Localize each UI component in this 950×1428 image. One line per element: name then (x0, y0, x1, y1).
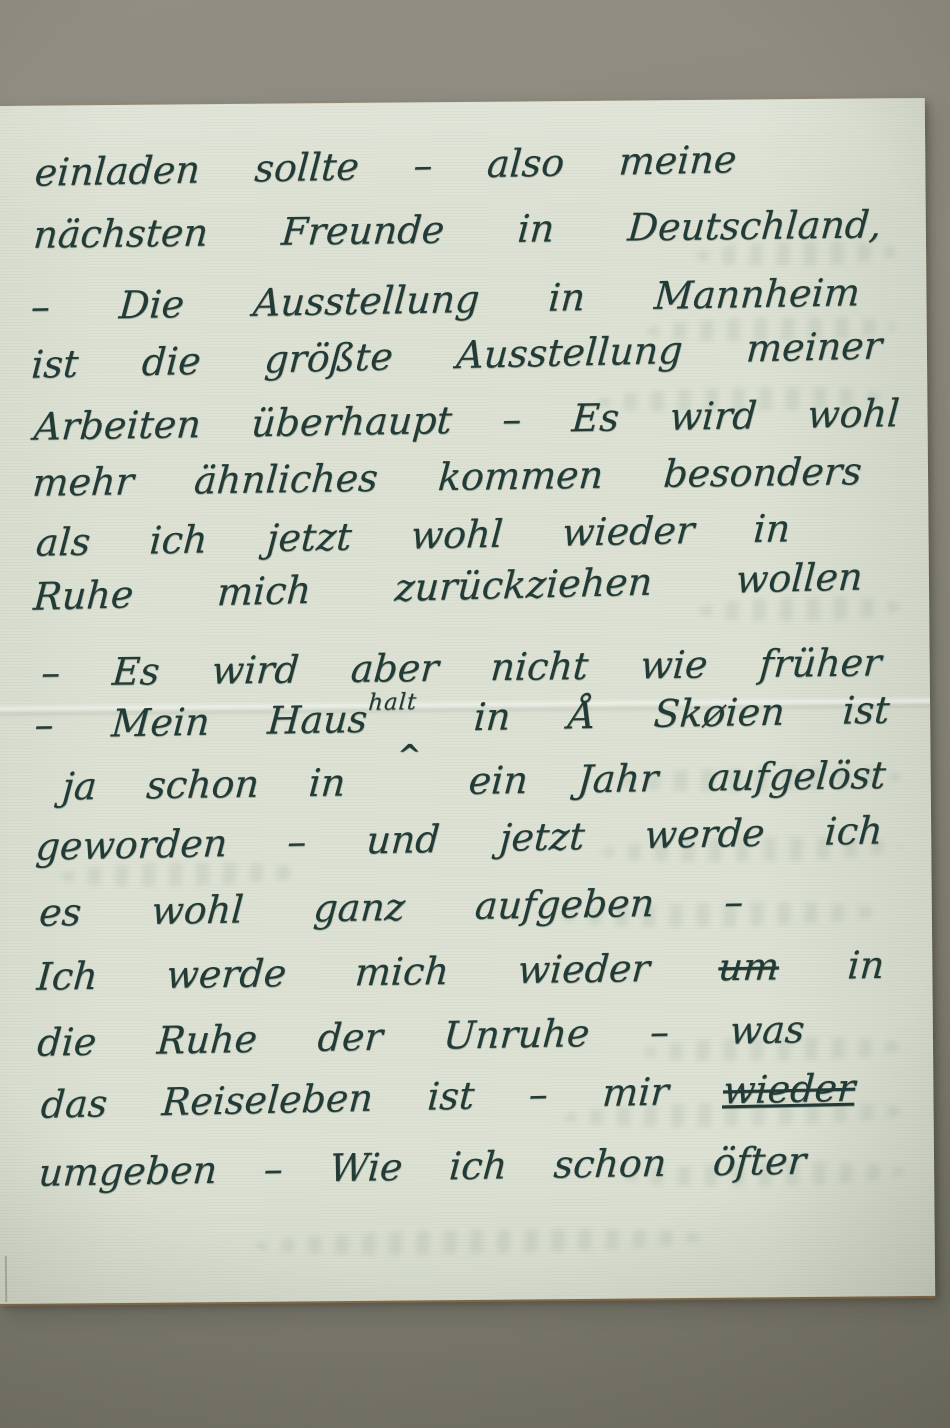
handwriting-text: ist die größte Ausstellung meiner (30, 323, 883, 386)
paper-sheet: einladen sollte – also meinenächsten Fre… (0, 98, 935, 1304)
handwriting-line: mehr ähnliches kommen besonders (31, 452, 863, 502)
ink-bleedthrough (255, 1226, 705, 1259)
handwriting-line: Arbeiten überhaupt – Es wird wohl (33, 394, 901, 446)
handwriting-text: mehr ähnliches kommen besonders (31, 449, 863, 505)
handwriting-line: – Die Ausstellung in Mannheim (30, 273, 862, 326)
handwriting-text: Ich werde mich wieder (35, 945, 720, 999)
handwriting-text: – Es wird aber nicht wie früher (40, 640, 883, 694)
handwriting-line: als ich jetzt wohl wieder in (35, 509, 792, 562)
handwriting-text: einladen sollte – also meine (33, 137, 738, 195)
letter-photograph: einladen sollte – also meinenächsten Fre… (0, 0, 950, 1428)
handwriting-text: in Å Skøien ist (414, 688, 891, 740)
inserted-word: halt (367, 689, 418, 716)
handwriting-line: geworden – und jetzt werde ich (34, 811, 884, 865)
handwriting-line: nächsten Freunde in Deutschland, (32, 205, 883, 253)
handwriting-text: Ruhe mich zurückziehen wollen (32, 554, 864, 618)
caret-mark: ^ (396, 738, 422, 772)
handwriting-text: ein Jahr aufgelöst (417, 753, 887, 804)
handwriting-text: – Mein Haus (33, 697, 369, 747)
ink-bleedthrough-layer (0, 98, 925, 106)
handwriting-text: es wohl ganz aufgeben – (38, 880, 745, 935)
handwriting-line: ist die größte Ausstellung meiner (30, 326, 883, 383)
handwriting-line: das Reiseleben ist – mir wieder (40, 1069, 857, 1124)
handwriting-text: nächsten Freunde in Deutschland, (32, 202, 883, 256)
handwriting-line: Ich werde mich wieder um in (36, 946, 886, 996)
underlying-sheet-edge (5, 1256, 7, 1302)
handwriting-text: die Ruhe der Unruhe – was (36, 1007, 806, 1064)
handwriting-text: ja schon in (61, 760, 397, 809)
handwriting-line: – Mein Haushalt in Å Skøien ist (33, 691, 891, 744)
handwriting-line: – Es wird aber nicht wie früher (40, 643, 883, 691)
handwriting-text: das Reiseleben ist – mir (39, 1068, 724, 1126)
word-strikethrough: wieder (722, 1066, 857, 1113)
handwriting-line: die Ruhe der Unruhe – was (36, 1010, 806, 1061)
word-strikethrough: um (717, 944, 781, 989)
handwriting-lines: einladen sollte – also meinenächsten Fre… (0, 98, 925, 106)
handwriting-text: geworden – und jetzt werde ich (34, 808, 884, 868)
handwriting-text: in (777, 943, 886, 989)
handwriting-line: umgeben – Wie ich schon öfter (37, 1142, 807, 1192)
handwriting-line: es wohl ganz aufgeben – (38, 883, 745, 932)
handwriting-text: – Die Ausstellung in Mannheim (29, 270, 861, 329)
handwriting-text: als ich jetzt wohl wieder in (35, 506, 792, 565)
handwriting-line: einladen sollte – also meine (34, 140, 738, 192)
handwriting-line: Ruhe mich zurückziehen wollen (32, 557, 864, 615)
handwriting-line: ja schon in ^ ein Jahr aufgelöst (61, 756, 887, 806)
handwriting-text: umgeben – Wie ich schon öfter (37, 1139, 807, 1195)
handwriting-text: Arbeiten überhaupt – Es wird wohl (33, 391, 901, 449)
